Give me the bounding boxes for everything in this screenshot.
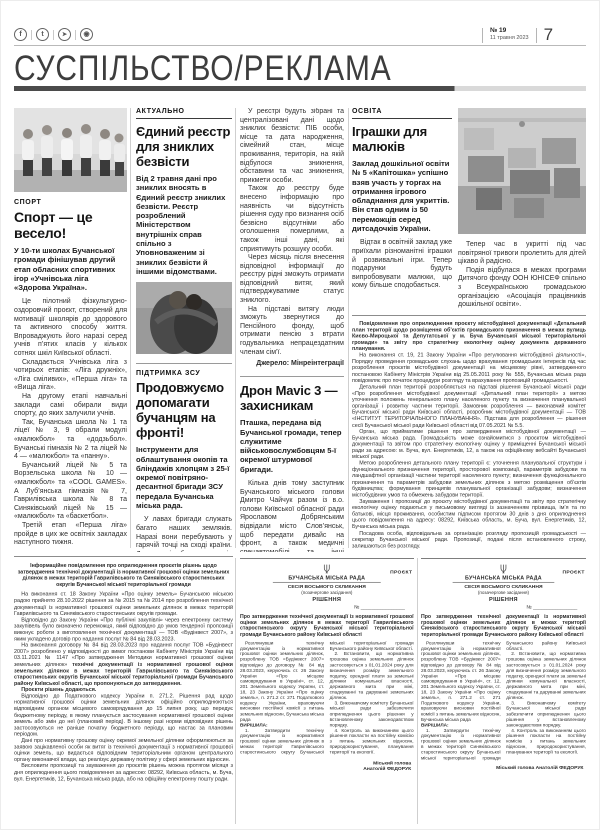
tryzub-emblem-icon <box>323 564 330 574</box>
decision-body: Розглянувши технічну документацію із нор… <box>240 641 414 756</box>
sport-column: СПОРТ Спорт — це весело! У 10-ти школах … <box>14 108 127 552</box>
notice-paragraph: На виконання ст. 18 Закону України «Про … <box>14 591 233 616</box>
signature-name: Анатолій ФЕДОРУК <box>240 766 411 772</box>
kicker-sport: СПОРТ <box>14 199 127 206</box>
toys-photo <box>458 108 586 234</box>
council-name: БУЧАНСЬКА МІСЬКА РАДА <box>421 575 586 581</box>
notice-paragraph: Відповідно до Закону України «Про публіч… <box>14 616 233 641</box>
tryzub-emblem-icon <box>500 564 507 574</box>
notice-paragraph: На виконання ст. 19, 21 Закону України «… <box>352 352 586 384</box>
facebook-icon: f <box>14 28 27 41</box>
paragraph: Тепер час в укритті під час повітряної т… <box>458 241 586 267</box>
decision-item: 2. Встановити, що нормативна грошова оці… <box>330 652 414 701</box>
notice-paragraph: Метою розроблення детального плану терит… <box>352 460 586 498</box>
registry-body: У реєстрі будуть зібрані та централізова… <box>240 108 344 357</box>
paragraph: На другому етапі навчальні заклади самі … <box>14 393 127 419</box>
paragraph: Подія відбулася в межах програми Дитячог… <box>458 267 586 310</box>
paragraph: Бучанський ліцей № 5 та Ворзельська школ… <box>14 462 127 522</box>
sport-lead: У 10-ти школах Бучанської громади фінішу… <box>14 246 127 292</box>
kicker-support: ПІДТРИМКА ЗСУ <box>136 370 232 377</box>
project-label: ПРОЄКТ <box>562 569 584 575</box>
notice-paragraph: Зауваження і пропозиції до проєкту місто… <box>352 498 586 530</box>
kicker-rule <box>136 118 232 119</box>
issue-info: № 19 11 травня 2023 7 <box>482 27 553 43</box>
project-label: ПРОЄКТ <box>390 569 412 575</box>
paragraph: На підставі витягу люди зможуть звернути… <box>240 306 344 358</box>
support-lead: Інструменти для облаштування окопів та б… <box>136 445 232 510</box>
decision-subject: Про затвердження технічної документації … <box>240 614 414 638</box>
separator <box>482 28 483 43</box>
paragraph: Третій етап «Перша ліга» пройде в цих же… <box>14 522 127 548</box>
section-divider <box>240 376 344 377</box>
icon-separator <box>75 30 76 40</box>
project-left-content: ПРОЄКТ БУЧАНСЬКА МІСЬКА РАДА СЕСІЯ ВОСЬМ… <box>240 564 414 771</box>
project-decision-left: ПРОЄКТ БУЧАНСЬКА МІСЬКА РАДА СЕСІЯ ВОСЬМ… <box>240 558 414 826</box>
actual-column: АКТУАЛЬНО Єдиний реєстр для зниклих безв… <box>136 108 232 552</box>
drone-headline: Дрон Mavic 3 — захисникам <box>240 383 344 413</box>
column-divider <box>348 108 349 548</box>
column-divider <box>235 558 236 824</box>
notice-paragraph: На виконання договору № 84 від 28.03.202… <box>14 642 233 686</box>
telegram-glyph: ➤ <box>62 32 67 38</box>
page-number: 7 <box>544 27 553 43</box>
signature: Міський голова Анатолій ФЕДОРУК <box>240 760 414 772</box>
kicker-actual: АКТУАЛЬНО <box>136 108 232 115</box>
issue-number: № 19 <box>490 27 529 34</box>
paragraph: Складається Учнівська ліга з чотирьох ет… <box>14 359 127 393</box>
paragraph: У лавах бригади служать багато наших зем… <box>136 516 232 552</box>
twitter-glyph: t <box>41 31 43 38</box>
instagram-glyph: ◉ <box>83 31 89 38</box>
decision-item: 3. Виконавчому комітету Бучанської міськ… <box>506 701 586 728</box>
kicker-education: ОСВІТА <box>352 108 452 115</box>
header-hairline <box>14 45 586 46</box>
drone-lead: Пташка, передана від Бучанської громади,… <box>240 418 344 474</box>
notice-paragraph: Дані про нормативну грошову оцінку окрем… <box>14 737 233 762</box>
column-divider <box>235 108 236 548</box>
twitter-icon: t <box>36 28 49 41</box>
council-rule <box>452 582 554 583</box>
decision-item: 2. Встановити, що нормативна грошова оці… <box>506 652 586 701</box>
council-name: БУЧАНСЬКА МІСЬКА РАДА <box>240 575 414 581</box>
ngo-notice: Інформаційне повідомлення про оприлюднен… <box>14 556 233 830</box>
session-note: (позачергове засідання) <box>421 589 586 595</box>
kicker-rule <box>352 118 452 119</box>
decision-title: РІШЕННЯ <box>421 596 586 602</box>
registry-lead: Від 2 травня дані про зниклих вносять в … <box>136 174 232 276</box>
support-body: У лавах бригади служать багато наших зем… <box>136 516 232 552</box>
issue-date: 11 травня 2023 <box>490 35 529 41</box>
column-divider <box>417 558 418 824</box>
signature: Міський голова Анатолій ФЕДОРУК <box>421 765 586 771</box>
dpt-notice-text: Повідомлення про оприлюднення проєкту мі… <box>352 320 586 549</box>
section-divider <box>136 363 232 364</box>
paragraph: Відтак в освітній заклад уже приїхали рі… <box>352 239 452 291</box>
education-headline: Іграшки для малюків <box>352 124 452 154</box>
decision-item: 3. Виконавчому комітету Бучанської міськ… <box>330 701 414 728</box>
sport-body: Це пілотний фізкультурно-оздоровчий проє… <box>14 298 127 547</box>
paragraph: Так, Бучанська школа № 1 та ліцеї № 3, 9… <box>14 419 127 462</box>
education-photo-column: Тепер час в укритті під час повітряної т… <box>458 108 586 313</box>
decision-subject: Про затвердження технічної документації … <box>421 614 586 638</box>
hug-photo <box>136 282 232 354</box>
session-note: (позачергове засідання) <box>240 589 414 595</box>
decision-number-line: № ________________ <box>421 604 586 610</box>
project-right-content: ПРОЄКТ БУЧАНСЬКА МІСЬКА РАДА СЕСІЯ ВОСЬМ… <box>421 564 586 771</box>
notice-paragraph: Повідомлення про оприлюднення проєкту мі… <box>352 320 586 352</box>
notice-paragraph: Детальний план території розробляється н… <box>352 384 586 428</box>
icon-separator <box>53 30 54 40</box>
paragraph: Також до реєстру буде внесено інформацію… <box>240 185 344 254</box>
project-decision-right: ПРОЄКТ БУЧАНСЬКА МІСЬКА РАДА СЕСІЯ ВОСЬМ… <box>421 558 586 826</box>
telegram-icon: ➤ <box>58 28 71 41</box>
education-body-right: Тепер час в укритті під час повітряної т… <box>458 241 586 310</box>
paragraph: Це пілотний фізкультурно-оздоровчий проє… <box>14 298 127 358</box>
council-rule <box>273 582 381 583</box>
ngo-notice-text: Інформаційне повідомлення про оприлюднен… <box>14 562 233 782</box>
paragraph: Через місяць після внесення відповідної … <box>240 254 344 306</box>
facebook-glyph: f <box>19 31 21 38</box>
sport-headline: Спорт — це весело! <box>14 209 127 241</box>
education-column: ОСВІТА Іграшки для малюків Заклад дошкіл… <box>352 108 452 313</box>
decision-number-line: № ________________ <box>240 604 414 610</box>
social-icons-row: f t ➤ ◉ <box>14 28 93 41</box>
ngo-notice-heading: Інформаційне повідомлення про оприлюднен… <box>14 562 233 587</box>
drone-body: Кілька днів тому заступник Бучанського м… <box>240 480 344 552</box>
registry-headline: Єдиний реєстр для зниклих безвісти <box>136 124 232 169</box>
paragraph: Кілька днів тому заступник Бучанського м… <box>240 480 344 552</box>
notice-paragraph: Висловити пропозиції та зауваження до пр… <box>14 763 233 782</box>
decision-item: 4. Контроль за виконанням цього рішення … <box>506 728 586 755</box>
instagram-icon: ◉ <box>80 28 93 41</box>
education-lead: Заклад дошкільної освіти № 5 «Капітошка»… <box>352 159 452 233</box>
separator <box>536 28 537 43</box>
education-body: Відтак в освітній заклад уже приїхали рі… <box>352 239 452 291</box>
sport-photo <box>14 108 127 192</box>
registry-drone-column: У реєстрі будуть зібрані та централізова… <box>240 108 344 552</box>
masthead-bar <box>14 86 586 91</box>
notice-paragraph: Посадова особа, відповідальна за організ… <box>352 530 586 549</box>
support-headline: Продовжуємо допомагати бучанцям на фронт… <box>136 380 232 440</box>
newspaper-page: f t ➤ ◉ № 19 11 травня 2023 7 СУСПІЛЬСТВ… <box>0 0 600 830</box>
decision-title: РІШЕННЯ <box>240 596 414 602</box>
decision-body: Розглянувши технічну документацію із нор… <box>421 641 586 761</box>
notice-paragraph: Відповідно до Податкового кодексу Україн… <box>14 693 233 737</box>
decision-preamble: Розглянувши технічну документацію із нор… <box>421 641 501 723</box>
notice-paragraph: Орган, що прийматиме рішення про затверд… <box>352 428 586 460</box>
decision-preamble: Розглянувши технічну документацію із нор… <box>240 641 324 723</box>
dpt-notice: Повідомлення про оприлюднення проєкту мі… <box>352 315 586 556</box>
column-divider <box>130 108 131 548</box>
decision-item: 4. Контроль за виконанням цього рішення … <box>330 728 414 755</box>
masthead-title: СУСПІЛЬСТВО/РЕКЛАМА <box>14 49 392 90</box>
paragraph: У реєстрі будуть зібрані та централізова… <box>240 108 344 185</box>
icon-separator <box>31 30 32 40</box>
registry-source: Джерело: Мінреінтеграції <box>240 360 344 367</box>
